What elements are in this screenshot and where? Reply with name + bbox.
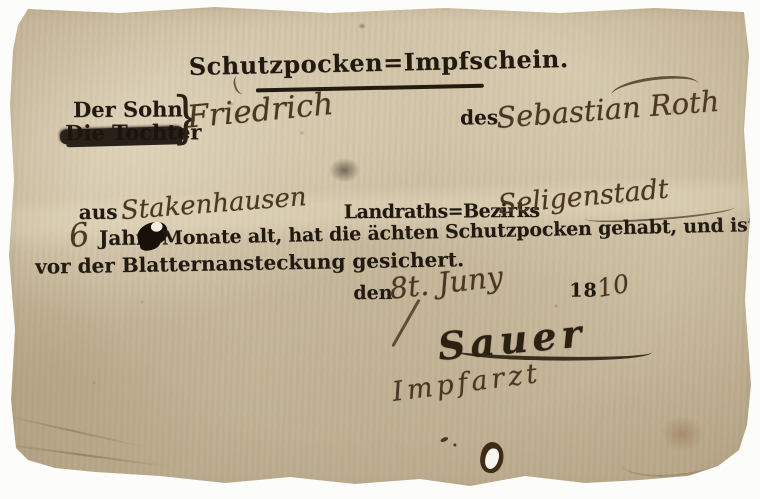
handwritten-year-suffix: 10 — [595, 269, 632, 303]
pen-stroke — [391, 299, 420, 347]
label-des: des — [460, 105, 498, 129]
paper-crease — [3, 414, 145, 448]
scanned-document: Schutzpocken=Impfschein. Der Sohn Die To… — [0, 0, 760, 499]
paper-crease — [618, 430, 742, 479]
ink-speck — [440, 436, 449, 443]
label-der-sohn: Der Sohn — [73, 96, 183, 122]
paper-sheet: Schutzpocken=Impfschein. Der Sohn Die To… — [0, 0, 760, 499]
paper-crease — [0, 443, 171, 468]
document-content: Schutzpocken=Impfschein. Der Sohn Die To… — [0, 0, 760, 499]
handwritten-place-name: Stakenhausen — [120, 182, 308, 226]
printed-year-prefix: 18 — [569, 279, 598, 301]
label-den: den — [353, 282, 392, 304]
paper-smudge — [322, 153, 366, 187]
handwritten-child-name: Friedrich — [186, 86, 335, 136]
ink-speck — [453, 443, 456, 446]
